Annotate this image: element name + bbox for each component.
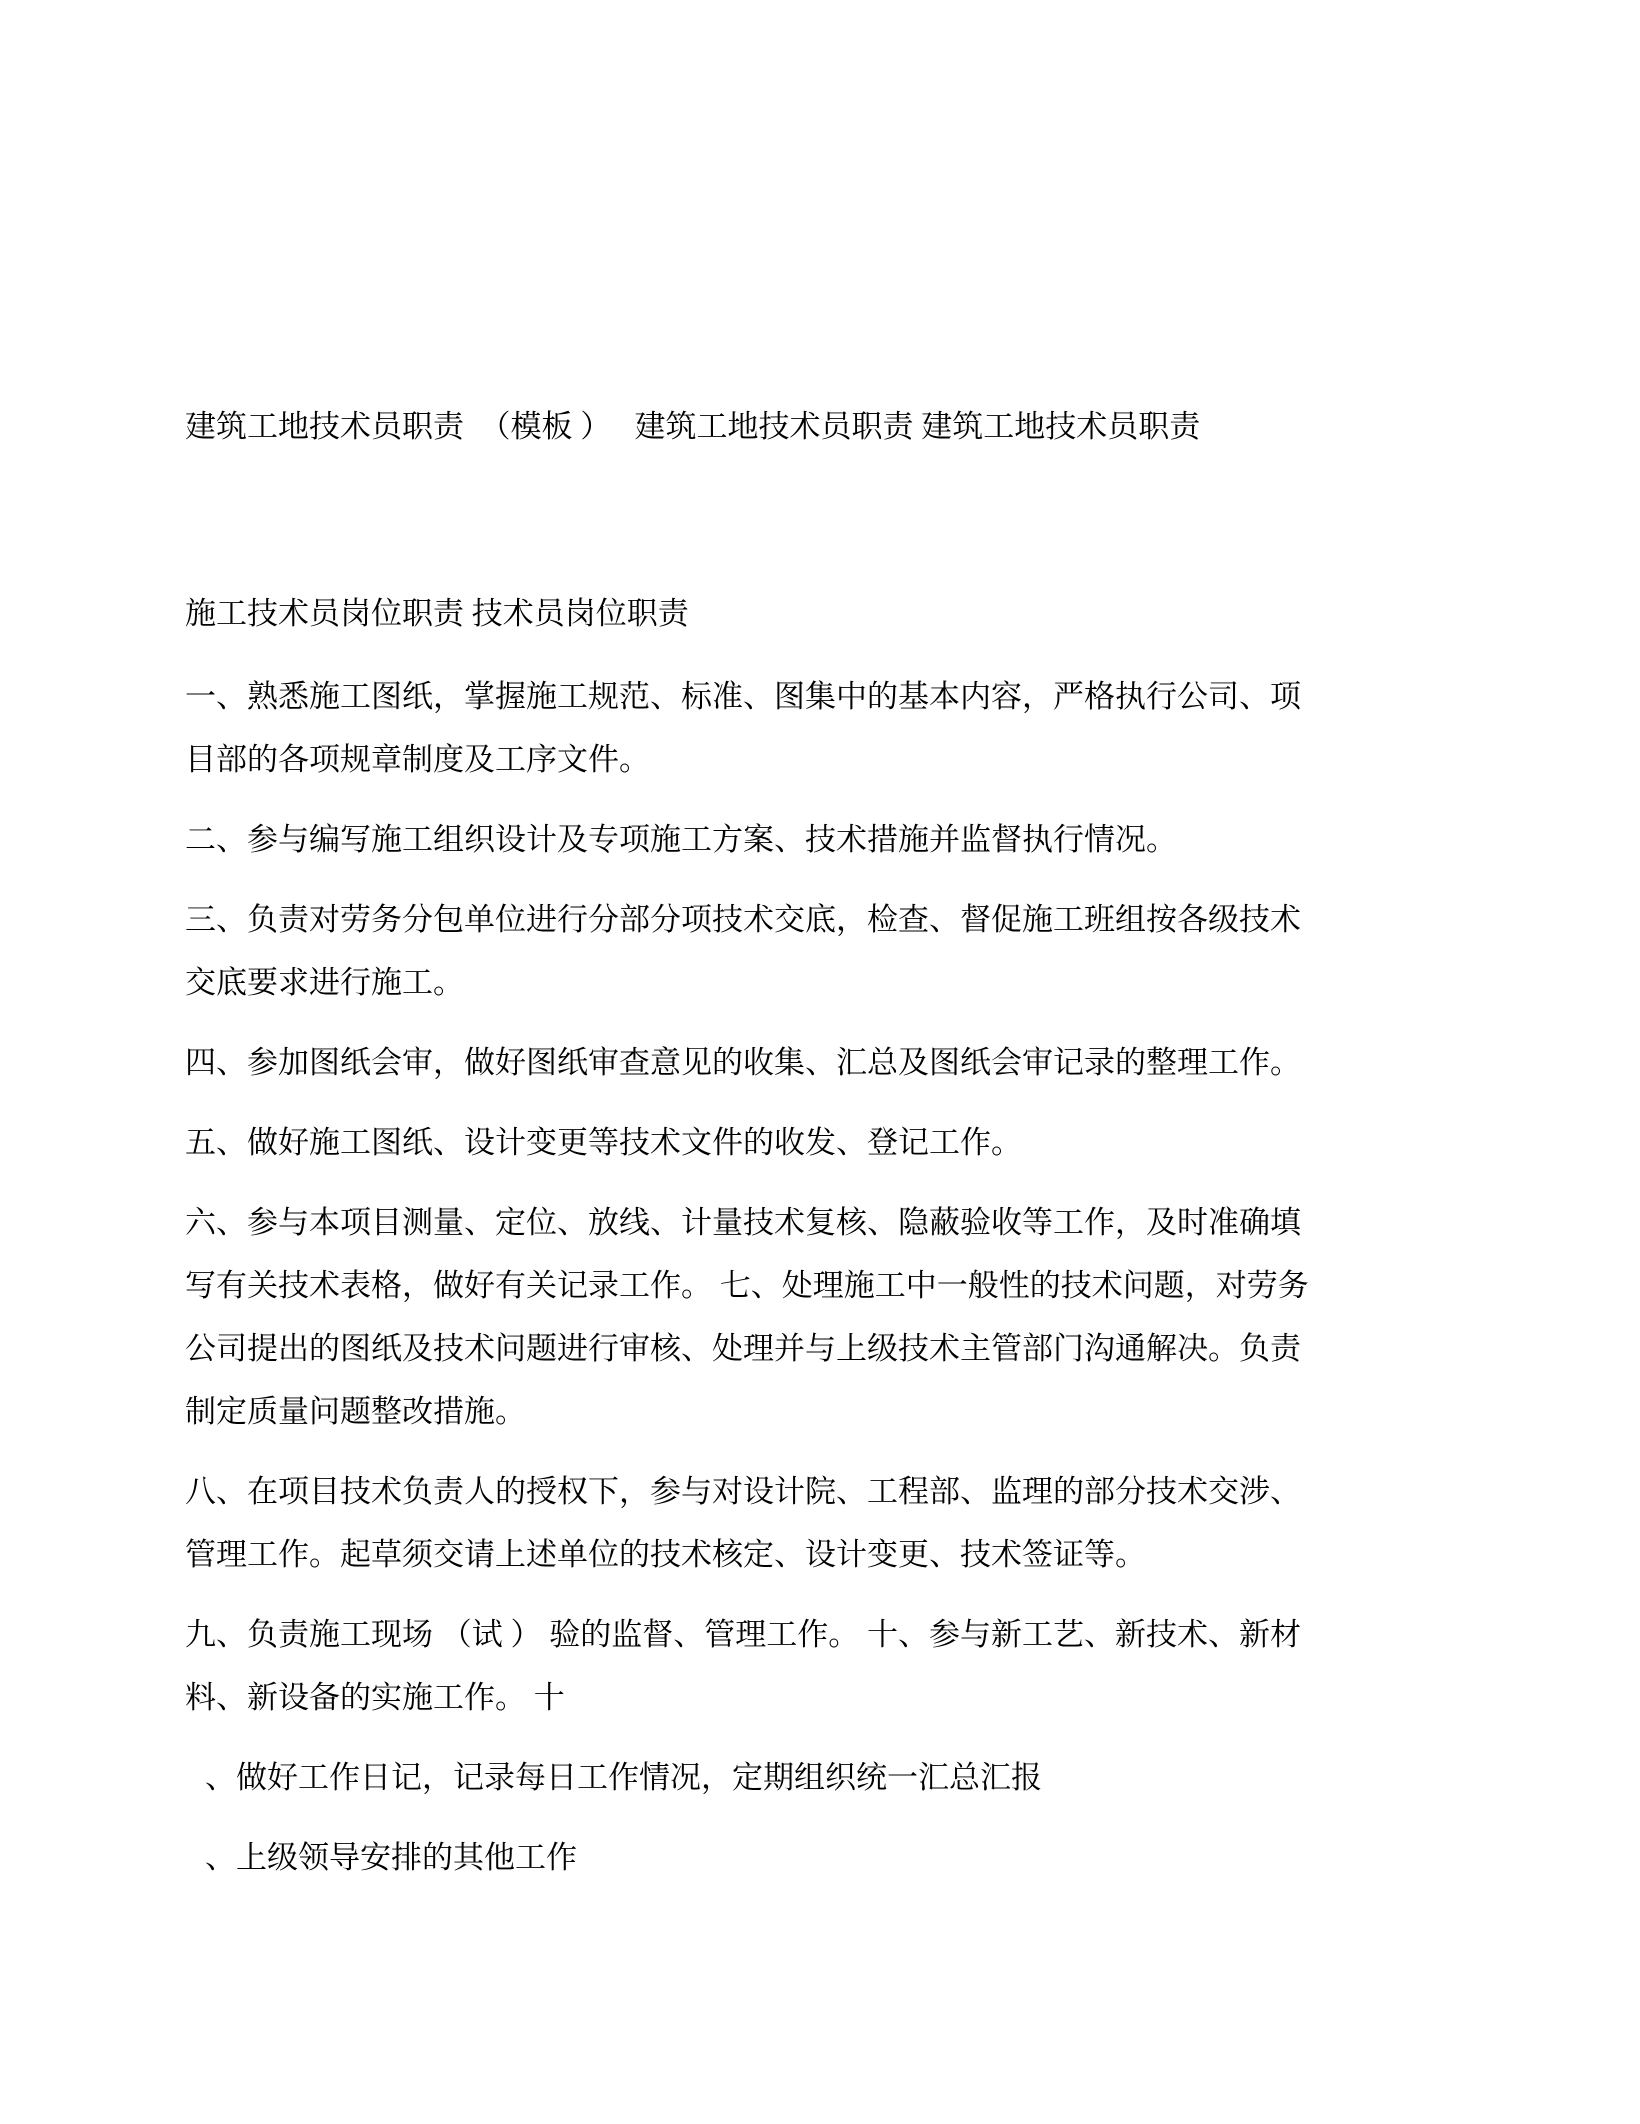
paragraph-item-5: 五、做好施工图纸、设计变更等技术文件的收发、登记工作。 (185, 1111, 1325, 1174)
paragraph-list: 一、熟悉施工图纸，掌握施工规范、标准、图集中的基本内容，严格执行公司、项目部的各… (185, 665, 1325, 1889)
document-content: 建筑工地技术员职责 （模板 ） 建筑工地技术员职责 建筑工地技术员职责 施工技术… (185, 0, 1325, 1906)
paragraph-item-7: 八、在项目技术负责人的授权下，参与对设计院、工程部、监理的部分技术交涉、管理工作… (185, 1460, 1325, 1586)
paragraph-item-6: 六、参与本项目测量、定位、放线、计量技术复核、隐蔽验收等工作，及时准确填写有关技… (185, 1191, 1325, 1443)
document-subtitle: 施工技术员岗位职责 技术员岗位职责 (185, 582, 1325, 645)
document-page: 建筑工地技术员职责 （模板 ） 建筑工地技术员职责 建筑工地技术员职责 施工技术… (0, 0, 1640, 2124)
paragraph-item-9: 、做好工作日记，记录每日工作情况，定期组织统一汇总汇报 (185, 1746, 1325, 1809)
document-title: 建筑工地技术员职责 （模板 ） 建筑工地技术员职责 建筑工地技术员职责 (185, 395, 1325, 458)
paragraph-item-3: 三、负责对劳务分包单位进行分部分项技术交底，检查、督促施工班组按各级技术交底要求… (185, 888, 1325, 1014)
paragraph-item-1: 一、熟悉施工图纸，掌握施工规范、标准、图集中的基本内容，严格执行公司、项目部的各… (185, 665, 1325, 791)
paragraph-item-10: 、上级领导安排的其他工作 (185, 1826, 1325, 1889)
paragraph-item-8: 九、负责施工现场 （试 ） 验的监督、管理工作。 十、参与新工艺、新技术、新材料… (185, 1603, 1325, 1729)
paragraph-item-2: 二、参与编写施工组织设计及专项施工方案、技术措施并监督执行情况。 (185, 808, 1325, 871)
paragraph-item-4: 四、参加图纸会审，做好图纸审查意见的收集、汇总及图纸会审记录的整理工作。 (185, 1031, 1325, 1094)
